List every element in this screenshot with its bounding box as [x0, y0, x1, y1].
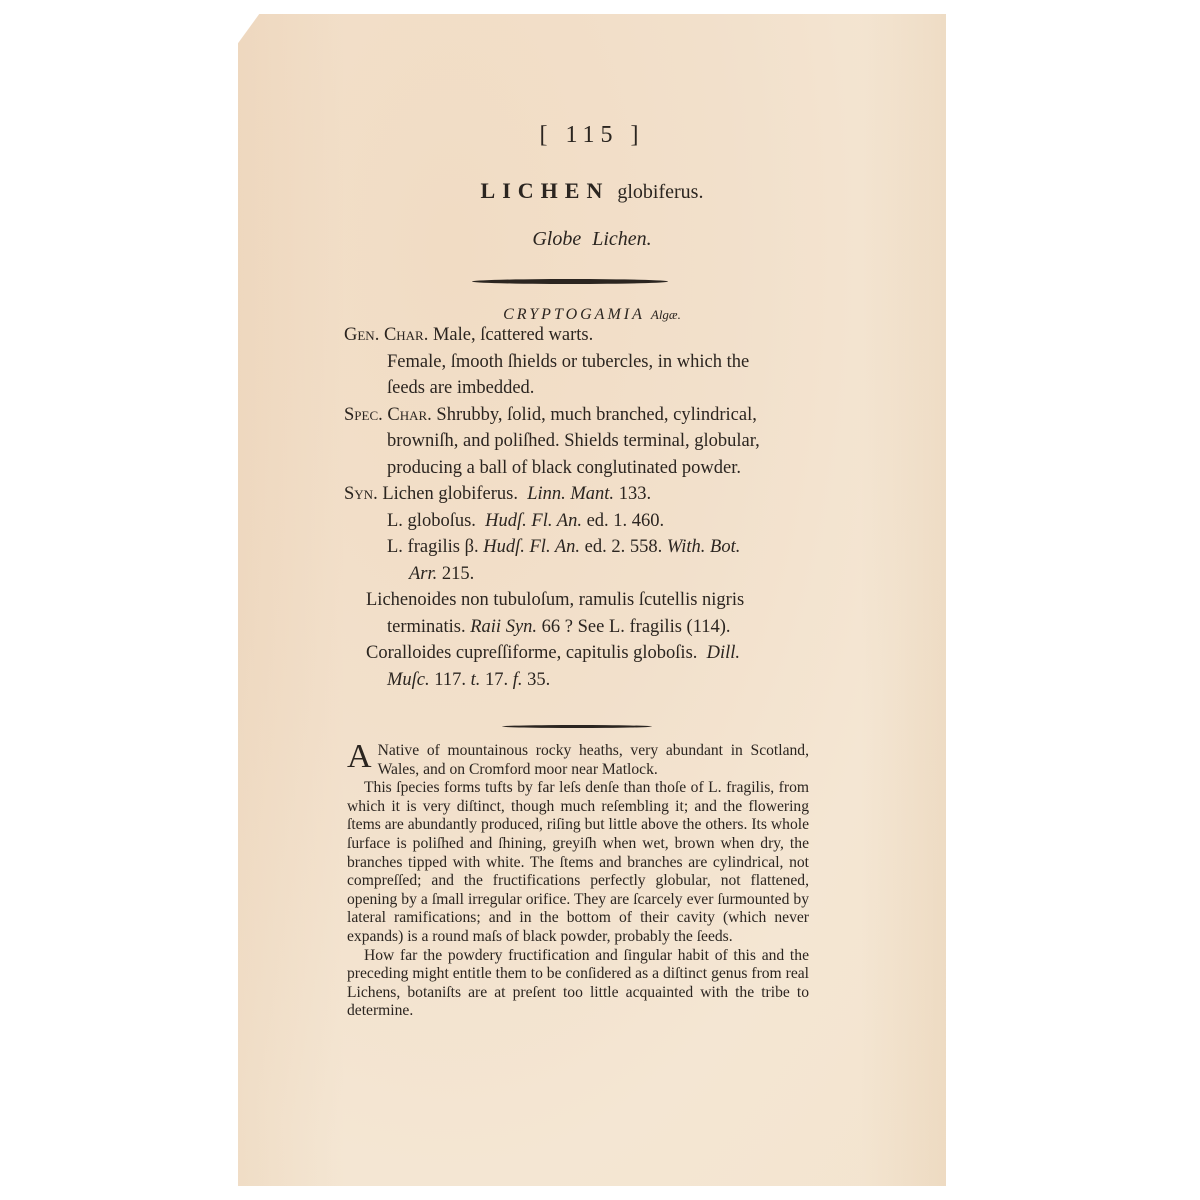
classification-order: Algæ. — [651, 307, 681, 322]
page-title: LICHENglobiferus. — [238, 178, 946, 205]
other-synonym-num: 117. — [434, 670, 466, 690]
synonym-ref: Arr. — [409, 564, 437, 584]
other-synonym-line: Muſc. 117. t. 17. f. 35. — [344, 667, 814, 694]
synonym-num: ed. 2. 558. — [585, 537, 663, 557]
description-paragraph-2: This ſpecies forms tufts by far leſs den… — [347, 779, 809, 946]
description-paragraph-3: How far the powdery fructification and ſ… — [347, 947, 809, 1021]
other-synonym-line: Coralloides cupreſſiforme, capitulis glo… — [344, 640, 814, 667]
synonym-line: L. fragilis β. Hudſ. Fl. An. ed. 2. 558.… — [344, 534, 814, 561]
gen-char-line: Gen. Char. Male, ſcattered warts. — [344, 322, 814, 349]
ornamental-rule-2 — [502, 725, 652, 728]
synonym-line: Arr. 215. — [344, 561, 814, 588]
other-synonym-text: terminatis. — [387, 617, 466, 637]
paragraph-text: Native of mountainous rocky heaths, very… — [378, 742, 809, 778]
title-species: globiferus. — [617, 181, 703, 203]
synonym-num: ed. 1. 460. — [587, 511, 665, 531]
synonym-line: L. globoſus. Hudſ. Fl. An. ed. 1. 460. — [344, 508, 814, 535]
synonym-text: L. fragilis β. — [387, 537, 479, 557]
other-synonym-line: terminatis. Raii Syn. 66 ? See L. fragil… — [344, 614, 814, 641]
other-synonym-num: 66 ? See L. fragilis (114). — [542, 617, 731, 637]
gen-char-label: Gen. Char. — [344, 325, 428, 345]
spec-char-text: browniſh, and poliſhed. Shields terminal… — [344, 428, 814, 455]
other-synonym-ref: f. — [513, 670, 523, 690]
characters-section: Gen. Char. Male, ſcattered warts. Female… — [344, 322, 814, 693]
synonym-line: Syn. Lichen globiferus. Linn. Mant. 133. — [344, 481, 814, 508]
synonym-text: L. globoſus. — [387, 511, 476, 531]
common-name: Globe Lichen. — [238, 228, 946, 251]
other-synonym-text: Coralloides cupreſſiforme, capitulis glo… — [366, 643, 697, 663]
title-genus: LICHEN — [481, 178, 610, 203]
spec-char-text: Shrubby, ſolid, much branched, cylindric… — [436, 405, 756, 425]
ornamental-rule — [472, 279, 668, 284]
page-number: [ 115 ] — [238, 122, 946, 149]
spec-char-line: Spec. Char. Shrubby, ſolid, much branche… — [344, 402, 814, 429]
other-synonym-num: 17. — [485, 670, 508, 690]
description-paragraph-1: ANative of mountainous rocky heaths, ver… — [347, 742, 809, 779]
syn-label: Syn. — [344, 484, 378, 504]
classification-class: CRYPTOGAMIA — [503, 306, 645, 323]
other-synonym-text: Lichenoides non tubuloſum, ramulis ſcute… — [344, 587, 814, 614]
description-section: ANative of mountainous rocky heaths, ver… — [347, 742, 809, 1021]
other-synonym-ref: Raii Syn. — [470, 617, 537, 637]
spec-char-text: producing a ball of black conglutinated … — [344, 455, 814, 482]
other-synonym-ref: Muſc. — [387, 670, 430, 690]
other-synonym-ref: t. — [471, 670, 481, 690]
other-synonym-num: 35. — [527, 670, 550, 690]
synonym-ref: Hudſ. Fl. An. — [483, 537, 580, 557]
synonym-ref: Hudſ. Fl. An. — [485, 511, 582, 531]
synonym-ref: With. Bot. — [667, 537, 741, 557]
gen-char-text: ſeeds are imbedded. — [344, 375, 814, 402]
synonym-num: 133. — [619, 484, 651, 504]
gen-char-text: Male, ſcattered warts. — [433, 325, 593, 345]
synonym-ref: Linn. Mant. — [527, 484, 614, 504]
gen-char-text: Female, ſmooth ſhields or tubercles, in … — [344, 349, 814, 376]
spec-char-label: Spec. Char. — [344, 405, 432, 425]
synonym-text: Lichen globiferus. — [382, 484, 518, 504]
drop-cap: A — [347, 742, 372, 772]
other-synonym-ref: Dill. — [707, 643, 740, 663]
synonym-num: 215. — [442, 564, 474, 584]
